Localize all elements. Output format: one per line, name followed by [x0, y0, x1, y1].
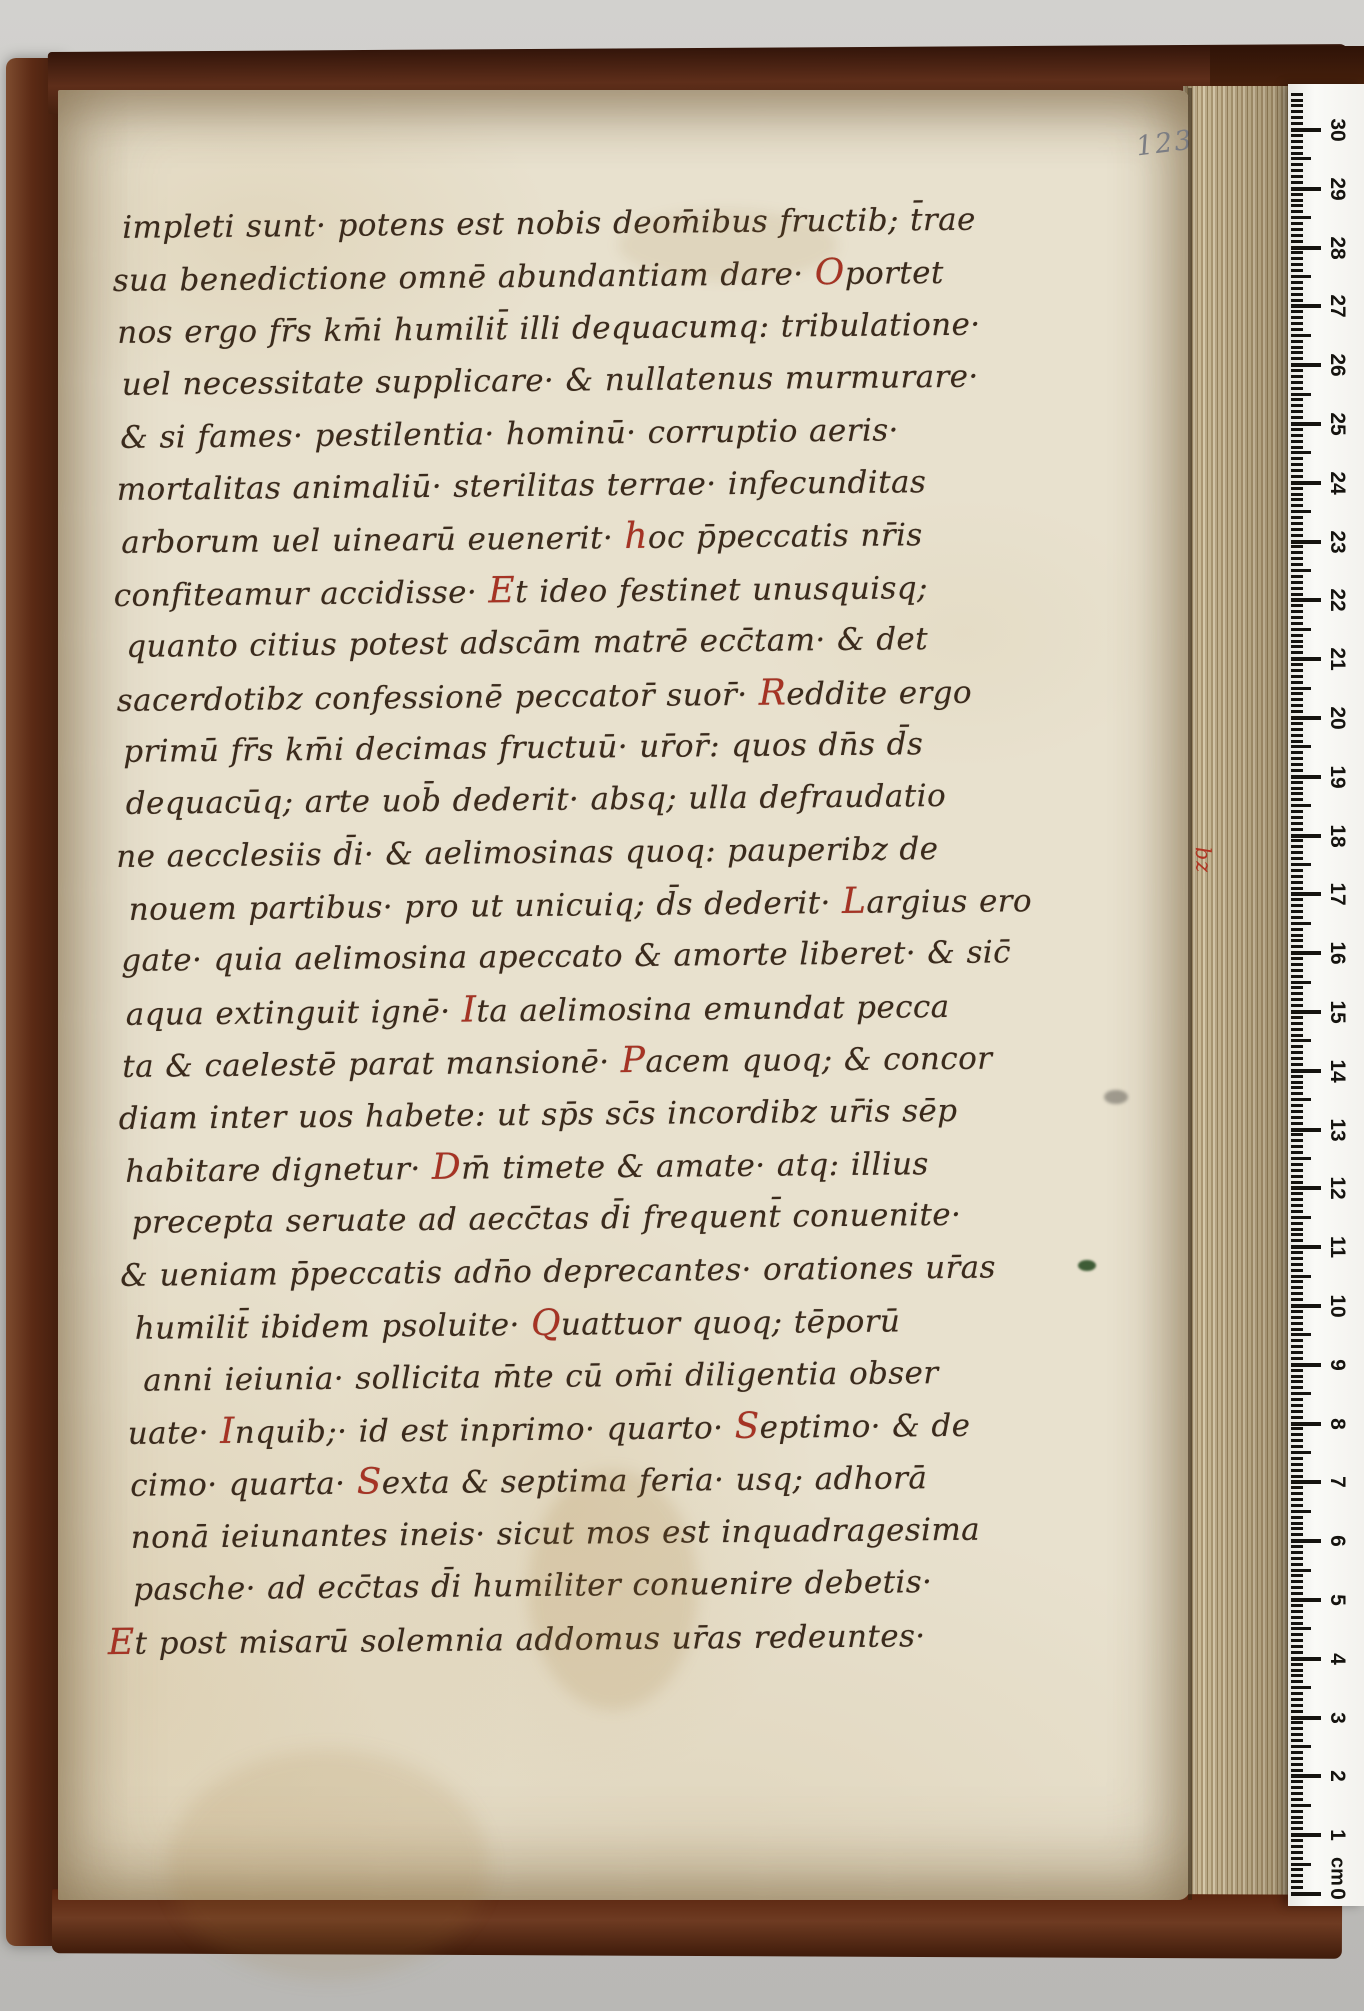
- ruler-tick: [1291, 381, 1303, 384]
- ruler-tick: [1291, 1692, 1303, 1695]
- ruler-tick: [1291, 1433, 1303, 1436]
- ruler-tick: [1291, 1192, 1303, 1195]
- ruler-tick: [1291, 1092, 1303, 1095]
- ruler-tick: [1291, 704, 1303, 707]
- ruler-tick: [1291, 1733, 1303, 1736]
- ruler-number: 2: [1325, 1761, 1349, 1791]
- ruler-number: 29: [1325, 174, 1349, 204]
- text-segment: uate·: [128, 1415, 221, 1452]
- ruler-tick: [1291, 986, 1303, 989]
- ruler-tick: [1291, 1122, 1303, 1125]
- text-segment: t post misarū solemnia addomus ur̄as red…: [134, 1618, 925, 1662]
- ruler-unit-label: cm: [1326, 1857, 1349, 1887]
- manuscript-line: quanto citius potest adscām matrē ecc̄ta…: [126, 612, 1112, 674]
- ruler-tick: [1291, 510, 1311, 513]
- ruler-tick: [1291, 1786, 1303, 1789]
- ruler-tick: [1291, 1586, 1303, 1589]
- ruler-number: 4: [1325, 1644, 1349, 1674]
- ruler-tick: [1291, 851, 1303, 854]
- ruler-tick: [1291, 740, 1303, 743]
- ruler-tick: [1291, 287, 1303, 290]
- ruler-tick: [1291, 398, 1303, 401]
- ruler-tick: [1291, 475, 1303, 478]
- ruler-tick: [1291, 1522, 1303, 1525]
- ruler-tick: [1291, 975, 1303, 978]
- ruler-tick: [1291, 898, 1303, 901]
- ruler-tick: [1291, 1604, 1303, 1607]
- ruler-tick: [1291, 304, 1321, 308]
- ruler-tick: [1291, 1845, 1303, 1848]
- ruler-number: 5: [1325, 1585, 1349, 1615]
- ruler-tick: [1291, 216, 1311, 219]
- ruler-tick: [1291, 140, 1303, 143]
- manuscript-line: sua benedictione omnē abundantiam dare· …: [113, 245, 1109, 307]
- ruler-tick: [1291, 1357, 1303, 1360]
- ruler-tick: [1291, 1833, 1321, 1837]
- manuscript-line: anni ieiunia· sollicita m̄te cū om̄i dil…: [143, 1345, 1119, 1407]
- ruler-tick: [1291, 1757, 1303, 1760]
- ruler-tick: [1291, 604, 1303, 607]
- text-segment: uel necessitate supplicare· & nullatenus…: [122, 359, 979, 403]
- manuscript-line: humilit̄ ibidem psoluite· Quattuor quoq;…: [135, 1293, 1119, 1355]
- ruler-tick: [1291, 1457, 1303, 1460]
- ruler-tick: [1291, 1639, 1303, 1642]
- ruler-tick: [1291, 645, 1303, 648]
- ruler-tick: [1291, 1857, 1303, 1860]
- ruler-tick: [1291, 1721, 1303, 1724]
- ruler-tick: [1291, 1175, 1303, 1178]
- ruler-tick: [1291, 892, 1321, 896]
- ruler-tick: [1291, 428, 1303, 431]
- text-segment: ta & caelestē parat mansionē·: [122, 1044, 621, 1085]
- ruler-number: 30: [1325, 115, 1349, 145]
- manuscript-line: ta & caelestē parat mansionē· Pacem quoq…: [122, 1031, 1116, 1093]
- rubricated-initial: I: [462, 989, 477, 1030]
- text-segment: nouem partibus· pro ut unicuiq; d̄s dede…: [129, 885, 843, 928]
- ruler-tick: [1291, 1616, 1303, 1619]
- ruler-tick: [1291, 1804, 1311, 1807]
- rubricated-initial: E: [108, 1621, 135, 1662]
- ruler-tick: [1291, 1627, 1311, 1630]
- text-segment: exta & septima feria· usq; adhorā: [382, 1461, 928, 1502]
- ruler-tick: [1291, 1022, 1303, 1025]
- ruler-tick: [1291, 1051, 1303, 1054]
- ruler-tick: [1291, 1410, 1303, 1413]
- ruler-tick: [1291, 393, 1311, 396]
- ruler-tick: [1291, 598, 1321, 602]
- manuscript-text: impleti sunt· potens est nobis deom̄ibus…: [108, 192, 1122, 1668]
- ruler-tick: [1291, 434, 1303, 437]
- ruler-tick: [1291, 469, 1303, 472]
- ruler-tick: [1291, 346, 1303, 349]
- ruler-tick: [1291, 875, 1303, 878]
- ruler-tick: [1291, 1557, 1303, 1560]
- ruler-tick: [1291, 1081, 1303, 1084]
- ruler-tick: [1291, 963, 1303, 966]
- ruler-tick: [1291, 1045, 1303, 1048]
- text-segment: gate· quia aelimosina apeccato & amorte …: [121, 935, 1011, 980]
- ruler-tick: [1291, 939, 1303, 942]
- ruler-tick: [1291, 669, 1303, 672]
- ruler-tick: [1291, 1868, 1303, 1871]
- ruler-tick: [1291, 1075, 1303, 1078]
- ruler-tick: [1291, 1863, 1311, 1866]
- ruler-tick: [1291, 1004, 1303, 1007]
- ruler-tick: [1291, 1380, 1303, 1383]
- ruler-number: 3: [1325, 1703, 1349, 1733]
- ruler-tick: [1291, 387, 1303, 390]
- ruler-tick: [1291, 1292, 1303, 1295]
- ruler-tick: [1291, 722, 1303, 725]
- text-segment: nos ergo fr̄s km̄i humilit̄ illi dequacu…: [117, 306, 981, 350]
- rubricated-initial: P: [621, 1040, 646, 1081]
- ruler-tick: [1291, 152, 1303, 155]
- text-segment: anni ieiunia· sollicita m̄te cū om̄i dil…: [143, 1355, 939, 1399]
- ruler-tick: [1291, 1257, 1303, 1260]
- ruler-tick: [1291, 1181, 1303, 1184]
- ruler-tick: [1291, 1198, 1303, 1201]
- ruler-tick: [1291, 1480, 1321, 1484]
- ruler-tick: [1291, 1769, 1303, 1772]
- manuscript-line: gate· quia aelimosina apeccato & amorte …: [121, 926, 1115, 988]
- ruler-tick: [1291, 857, 1303, 860]
- ruler-tick: [1291, 363, 1321, 367]
- ruler-tick: [1291, 916, 1303, 919]
- ruler-tick: [1291, 328, 1303, 331]
- ruler-tick: [1291, 1104, 1303, 1107]
- text-segment: nonā ieiunantes ineis· sicut mos est inq…: [131, 1511, 981, 1555]
- ruler-tick: [1291, 1269, 1303, 1272]
- ruler-tick: [1291, 416, 1303, 419]
- ruler-tick: [1291, 240, 1303, 243]
- ruler-tick: [1291, 1028, 1303, 1031]
- ruler-tick: [1291, 1622, 1303, 1625]
- manuscript-line: uel necessitate supplicare· & nullatenus…: [122, 350, 1110, 412]
- ruler-tick: [1291, 728, 1303, 731]
- ruler-tick: [1291, 1251, 1303, 1254]
- ruler-tick: [1291, 1186, 1321, 1190]
- ruler-tick: [1291, 545, 1303, 548]
- ruler-tick: [1291, 504, 1303, 507]
- manuscript-line: ne aecclesiis d̄i· & aelimosinas quoq: p…: [116, 821, 1114, 883]
- ruler-tick: [1291, 1504, 1303, 1507]
- ruler-tick: [1291, 293, 1303, 296]
- ruler-tick: [1291, 1128, 1321, 1132]
- ruler-tick: [1291, 1839, 1303, 1842]
- ruler-tick: [1291, 1057, 1303, 1060]
- ruler-tick: [1291, 751, 1303, 754]
- ruler-tick: [1291, 234, 1303, 237]
- ruler-tick: [1291, 522, 1303, 525]
- ruler-number: 11: [1325, 1232, 1349, 1262]
- ruler-tick: [1291, 1874, 1303, 1877]
- ruler-tick: [1291, 687, 1311, 690]
- manuscript-line: diam inter uos habete: ut sp̄s sc̄s inco…: [119, 1083, 1117, 1145]
- ruler-tick: [1291, 822, 1303, 825]
- ruler-tick: [1291, 146, 1303, 149]
- ruler-tick: [1291, 816, 1303, 819]
- ruler-number: 10: [1325, 1291, 1349, 1321]
- ruler-tick: [1291, 1727, 1303, 1730]
- ruler-tick: [1291, 1322, 1303, 1325]
- rubricated-initial: S: [357, 1462, 382, 1503]
- ruler-tick: [1291, 1563, 1303, 1566]
- ruler-tick: [1291, 969, 1303, 972]
- ruler-tick: [1291, 251, 1303, 254]
- ruler-tick: [1291, 657, 1321, 661]
- ruler-tick: [1291, 1710, 1303, 1713]
- ruler-tick: [1291, 1222, 1303, 1225]
- ruler-number: 17: [1325, 879, 1349, 909]
- ruler-tick: [1291, 1510, 1311, 1513]
- ruler-tick: [1291, 1016, 1303, 1019]
- manuscript-line: primū fr̄s km̄i decimas fructuū· ur̄or̄:…: [123, 716, 1113, 778]
- ruler-tick: [1291, 1034, 1303, 1037]
- ruler-tick: [1291, 187, 1321, 191]
- ruler-tick: [1291, 1398, 1303, 1401]
- ruler-tick: [1291, 1657, 1321, 1661]
- foredge-quire-mark: bz: [1191, 846, 1216, 873]
- ruler-tick: [1291, 1651, 1303, 1654]
- manuscript-line: pasche· ad ecc̄tas d̄i humiliter conueni…: [133, 1554, 1121, 1616]
- ruler-number: 22: [1325, 585, 1349, 615]
- text-segment: eptimo· & de: [760, 1408, 971, 1446]
- ruler-tick: [1291, 1439, 1303, 1442]
- ruler-tick: [1291, 1133, 1303, 1136]
- ruler-tick: [1291, 992, 1303, 995]
- ruler-tick: [1291, 340, 1303, 343]
- ruler-tick: [1291, 334, 1311, 337]
- ruler-tick: [1291, 922, 1311, 925]
- ruler-tick: [1291, 1610, 1303, 1613]
- manuscript-line: mortalitas animaliū· sterilitas terrae· …: [117, 454, 1111, 516]
- ruler-tick: [1291, 1063, 1303, 1066]
- ruler-tick: [1291, 1592, 1303, 1595]
- ruler-tick: [1291, 493, 1303, 496]
- ruler-tick: [1291, 581, 1303, 584]
- ruler-tick: [1291, 1416, 1303, 1419]
- ruler-tick: [1291, 1245, 1321, 1249]
- ruler-tick: [1291, 1463, 1303, 1466]
- ruler-tick: [1291, 1304, 1321, 1308]
- ruler-tick: [1291, 1580, 1303, 1583]
- ruler-tick: [1291, 175, 1303, 178]
- ruler-tick: [1291, 1369, 1303, 1372]
- ruler-tick: [1291, 1533, 1303, 1536]
- ruler-tick: [1291, 698, 1303, 701]
- ruler-tick: [1291, 1386, 1303, 1389]
- ruler-tick: [1291, 928, 1303, 931]
- ruler-tick: [1291, 575, 1303, 578]
- text-segment: arborum uel uinearū euenerit·: [121, 520, 624, 561]
- ruler-tick: [1291, 222, 1303, 225]
- ruler-tick: [1291, 1216, 1311, 1219]
- manuscript-line: precepta seruate ad aecc̄tas d̄i frequen…: [132, 1188, 1118, 1250]
- ruler-tick: [1291, 246, 1321, 250]
- rubricated-initial: E: [488, 570, 515, 611]
- ruler-tick: [1291, 369, 1303, 372]
- text-segment: sacerdotibz confessionē peccator̄ suor̄·: [117, 676, 759, 718]
- ruler-tick: [1291, 163, 1303, 166]
- ruler-tick: [1291, 528, 1303, 531]
- ruler-tick: [1291, 310, 1303, 313]
- ruler-tick: [1291, 422, 1321, 426]
- text-segment: dequacūq; arte uob̄ dederit· absq; ulla …: [126, 778, 947, 822]
- ruler-tick: [1291, 1798, 1303, 1801]
- ruler-number: 9: [1325, 1350, 1349, 1380]
- ruler-tick: [1291, 1427, 1303, 1430]
- ruler-tick: [1291, 1163, 1303, 1166]
- ruler-tick: [1291, 551, 1303, 554]
- ruler-tick: [1291, 1445, 1303, 1448]
- manuscript-line: sacerdotibz confessionē peccator̄ suor̄·…: [117, 664, 1113, 726]
- ruler-tick: [1291, 1745, 1311, 1748]
- ruler-tick: [1291, 322, 1303, 325]
- ruler-tick: [1291, 745, 1311, 748]
- ruler-tick: [1291, 1145, 1303, 1148]
- ruler-number: 16: [1325, 938, 1349, 968]
- text-segment: & ueniam p̄peccatis adn̄o deprecantes· o…: [120, 1249, 996, 1293]
- ruler-tick: [1291, 675, 1303, 678]
- ruler-number: 12: [1325, 1173, 1349, 1203]
- ruler-number: 27: [1325, 291, 1349, 321]
- ruler-tick: [1291, 110, 1303, 113]
- ruler-tick: [1291, 169, 1303, 172]
- ruler-tick: [1291, 1527, 1303, 1530]
- ruler-tick: [1291, 869, 1303, 872]
- ruler-tick: [1291, 681, 1303, 684]
- ruler-tick: [1291, 881, 1303, 884]
- text-segment: uattuor quoq; tēporū: [561, 1304, 901, 1343]
- ruler-tick: [1291, 534, 1303, 537]
- ruler-tick: [1291, 1392, 1311, 1395]
- ruler-tick: [1291, 734, 1303, 737]
- ruler-tick: [1291, 634, 1303, 637]
- ruler-tick: [1291, 887, 1303, 890]
- ruler-tick: [1291, 1751, 1303, 1754]
- text-segment: pasche· ad ecc̄tas d̄i humiliter conueni…: [133, 1564, 932, 1608]
- ruler-tick: [1291, 1375, 1303, 1378]
- ruler-tick: [1291, 404, 1303, 407]
- rubricated-initial: L: [842, 881, 867, 922]
- ruler-tick: [1291, 1821, 1303, 1824]
- ruler-tick: [1291, 1810, 1303, 1813]
- text-segment: aqua extinguit ignē·: [126, 994, 462, 1033]
- manuscript-line: habitare dignetur· Dm̄ timete & amate· a…: [125, 1135, 1117, 1197]
- ruler-tick: [1291, 804, 1311, 807]
- ruler-tick: [1291, 716, 1321, 720]
- ruler-tick: [1291, 1239, 1303, 1242]
- ruler-tick: [1291, 457, 1303, 460]
- ruler-tick: [1291, 1210, 1303, 1213]
- ruler-tick: [1291, 263, 1303, 266]
- ruler-tick: [1291, 934, 1303, 937]
- manuscript-line: confiteamur accidisse· Et ideo festinet …: [114, 559, 1112, 621]
- ruler-tick: [1291, 1674, 1303, 1677]
- ruler-tick: [1291, 1680, 1303, 1683]
- ruler-tick: [1291, 957, 1303, 960]
- ruler-number: 7: [1325, 1467, 1349, 1497]
- ruler-tick: [1291, 1780, 1303, 1783]
- page-foredge-seam: [1188, 88, 1192, 1900]
- manuscript-photo: 123 impleti sunt· potens est nobis deom̄…: [0, 0, 1364, 2011]
- ruler-tick: [1291, 563, 1303, 566]
- ruler-tick: [1291, 1851, 1303, 1854]
- manuscript-line: nonā ieiunantes ineis· sicut mos est inq…: [131, 1502, 1121, 1564]
- ruler-tick: [1291, 357, 1303, 360]
- text-segment: impleti sunt· potens est nobis deom̄ibus…: [122, 202, 976, 246]
- page-number: 123: [1134, 125, 1195, 163]
- text-segment: t ideo festinet unusquisq;: [515, 570, 928, 610]
- ruler-tick: [1291, 1739, 1303, 1742]
- ruler-tick: [1291, 440, 1303, 443]
- ruler-tick: [1291, 945, 1303, 948]
- ruler-tick: [1291, 557, 1303, 560]
- text-segment: cimo· quarta·: [130, 1466, 357, 1504]
- ruler-tick: [1291, 610, 1303, 613]
- ruler-tick: [1291, 628, 1311, 631]
- rubricated-initial: D: [432, 1147, 462, 1188]
- text-segment: primū fr̄s km̄i decimas fructuū· ur̄or̄:…: [123, 726, 923, 770]
- ruler-tick: [1291, 781, 1303, 784]
- ruler-tick: [1291, 316, 1303, 319]
- ruler-tick: [1291, 863, 1311, 866]
- ruler-tick: [1291, 204, 1303, 207]
- rubricated-initial: S: [734, 1406, 759, 1447]
- ruler-tick: [1291, 299, 1303, 302]
- ruler-tick: [1291, 1516, 1303, 1519]
- ruler-number: 14: [1325, 1056, 1349, 1086]
- ruler-tick: [1291, 1880, 1303, 1883]
- ruler-tick: [1291, 1498, 1303, 1501]
- ruler-tick: [1291, 1669, 1303, 1672]
- ruler-tick: [1291, 210, 1303, 213]
- ruler-tick: [1291, 775, 1321, 779]
- ruler-number: 26: [1325, 350, 1349, 380]
- ruler-tick: [1291, 1633, 1303, 1636]
- ruler-tick: [1291, 446, 1303, 449]
- text-segment: mortalitas animaliū· sterilitas terrae· …: [117, 464, 927, 508]
- text-segment: habitare dignetur·: [125, 1151, 432, 1190]
- ruler-tick: [1291, 769, 1303, 772]
- ruler-tick: [1291, 1539, 1321, 1543]
- ruler-tick: [1291, 1204, 1303, 1207]
- manuscript-line: uate· Inquib;· id est inprimo· quarto· S…: [128, 1397, 1120, 1459]
- book-cover-left: [6, 58, 64, 1946]
- ruler-tick: [1291, 1339, 1303, 1342]
- ruler-tick: [1291, 1157, 1311, 1160]
- ruler-tick: [1291, 1492, 1303, 1495]
- ruler-tick: [1291, 1010, 1321, 1014]
- ruler-tick: [1291, 1345, 1303, 1348]
- text-segment: humilit̄ ibidem psoluite·: [135, 1307, 532, 1347]
- manuscript-line: dequacūq; arte uob̄ dederit· absq; ulla …: [126, 769, 1114, 831]
- ruler-tick: [1291, 593, 1303, 596]
- ruler-tick: [1291, 1116, 1303, 1119]
- rubricated-initial: O: [815, 252, 845, 293]
- text-segment: sua benedictione omnē abundantiam dare·: [113, 257, 815, 300]
- ruler-tick: [1291, 1686, 1311, 1689]
- ruler-number: 15: [1325, 997, 1349, 1027]
- ruler-tick: [1291, 787, 1303, 790]
- ruler-tick: [1291, 1151, 1303, 1154]
- ruler-tick: [1291, 904, 1303, 907]
- text-segment: precepta seruate ad aecc̄tas d̄i frequen…: [132, 1197, 962, 1241]
- ruler-tick: [1291, 951, 1321, 955]
- rubricated-initial: Q: [531, 1303, 561, 1344]
- ruler-tick: [1291, 1280, 1303, 1283]
- ruler-tick: [1291, 834, 1321, 838]
